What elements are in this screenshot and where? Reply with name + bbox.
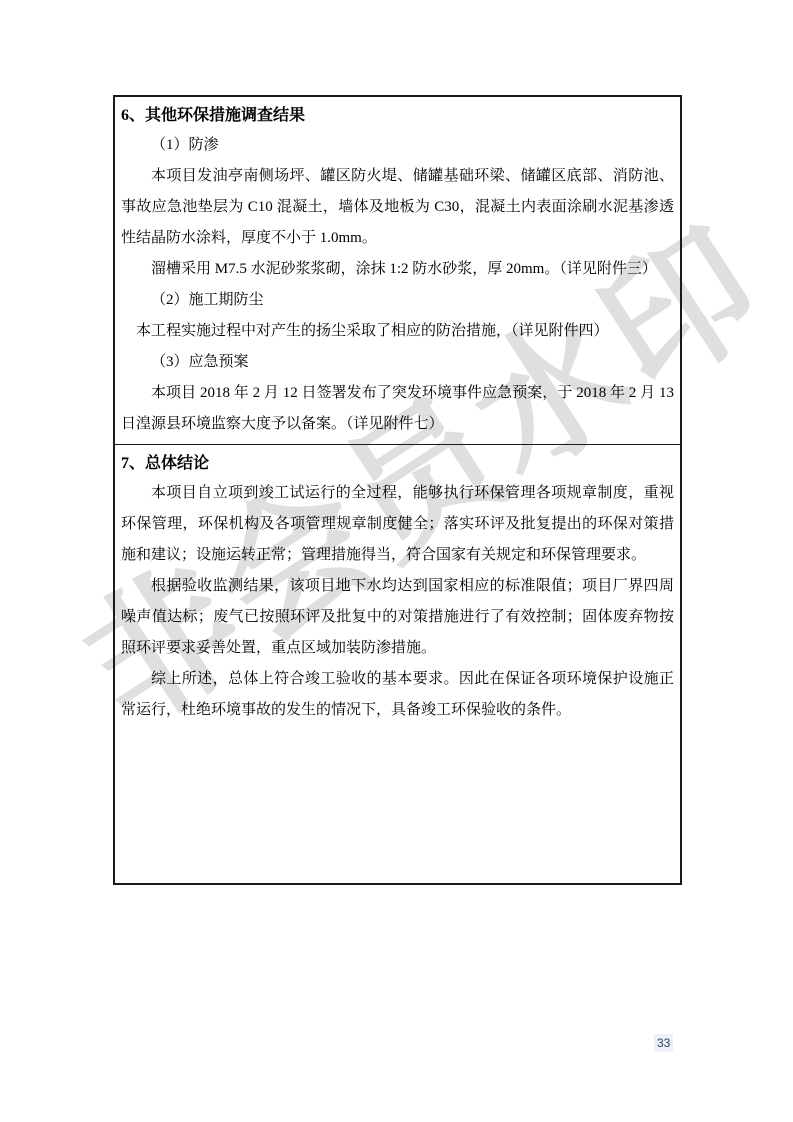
section-7-heading: 7、总体结论 — [121, 450, 674, 478]
section-overall-conclusion: 7、总体结论 本项目自立项到竣工试运行的全过程，能够执行环保管理各项规章制度，重… — [115, 445, 680, 883]
paragraph: 根据验收监测结果，该项目地下水均达到国家相应的标准限值；项目厂界四周噪声值达标；… — [121, 571, 674, 664]
paragraph: 溜槽采用 M7.5 水泥砂浆浆砌，涂抹 1:2 防水砂浆，厚 20mm。（详见附… — [121, 254, 674, 285]
paragraph: （3）应急预案 — [121, 347, 674, 378]
paragraph: 本项目 2018 年 2 月 12 日签署发布了突发环境事件应急预案，于 201… — [121, 378, 674, 440]
page-number: 33 — [654, 1034, 673, 1052]
document-page: { "page": { "number": "33" }, "watermark… — [0, 0, 793, 1122]
paragraph: （2）施工期防尘 — [121, 285, 674, 316]
paragraph: 本工程实施过程中对产生的扬尘采取了相应的防治措施，（详见附件四） — [121, 316, 674, 347]
paragraph: （1）防渗 — [121, 130, 674, 161]
content-table: 6、其他环保措施调查结果 （1）防渗 本项目发油亭南侧场坪、罐区防火堤、储罐基础… — [113, 95, 682, 885]
paragraph: 本项目发油亭南侧场坪、罐区防火堤、储罐基础环梁、储罐区底部、消防池、事故应急池垫… — [121, 161, 674, 254]
paragraph: 本项目自立项到竣工试运行的全过程，能够执行环保管理各项规章制度，重视环保管理，环… — [121, 478, 674, 571]
section-other-measures: 6、其他环保措施调查结果 （1）防渗 本项目发油亭南侧场坪、罐区防火堤、储罐基础… — [115, 97, 680, 445]
section-6-heading: 6、其他环保措施调查结果 — [121, 102, 674, 130]
paragraph: 综上所述，总体上符合竣工验收的基本要求。因此在保证各项环境保护设施正常运行，杜绝… — [121, 664, 674, 726]
